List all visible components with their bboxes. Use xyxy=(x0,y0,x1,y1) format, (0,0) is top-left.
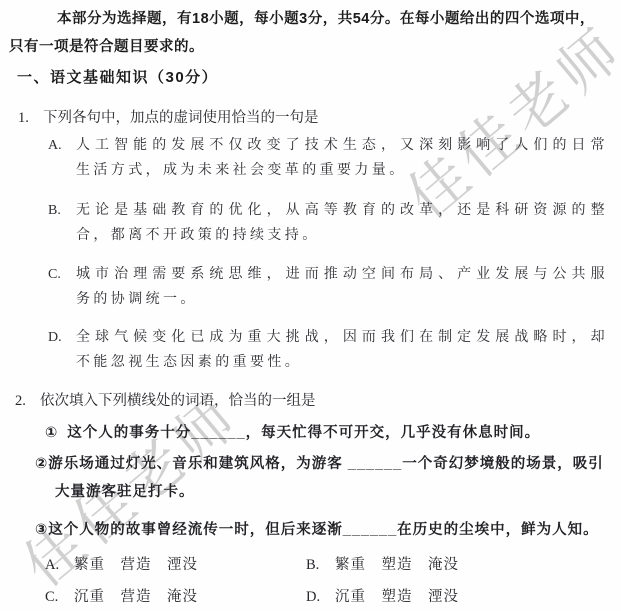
blank-2-marker: ② xyxy=(35,456,48,472)
question-1-option-b: B. 无论是基础教育的优化，从高等教育的改革，还是科研资源的整 合，都离不开政策… xyxy=(48,198,608,248)
blank-1-marker: ① xyxy=(45,425,58,441)
question-2-stem: 2.依次填入下列横线处的词语，恰当的一组是 xyxy=(15,389,316,410)
blank-3-marker: ③ xyxy=(35,522,48,538)
instructions-line-2: 只有一项是符合题目要求的。 xyxy=(9,35,204,56)
option-a-line-2: 生活方式，成为未来社会变革的重要力量。 xyxy=(76,158,608,183)
option-b-text: 无论是基础教育的优化，从高等教育的改革，还是科研资源的整 合，都离不开政策的持续… xyxy=(76,198,608,248)
choice-d-words: 沉重 塑造 湮没 xyxy=(335,589,459,605)
question-2-blank-2: ②游乐场通过灯光、音乐和建筑风格，为游客 ______一个奇幻梦境般的场景，吸引… xyxy=(35,450,604,506)
option-c-label: C. xyxy=(48,262,61,287)
option-d-line-1: 全球气候变化已成为重大挑战，因而我们在制定发展战略时，却 xyxy=(76,325,608,350)
choice-a-label: A. xyxy=(45,557,74,574)
question-2-choice-d: D.沉重 塑造 湮没 xyxy=(306,585,459,606)
choice-d-label: D. xyxy=(306,589,335,606)
question-2-choice-c: C.沉重 营造 淹没 xyxy=(45,585,198,606)
question-1-text: 下列各句中，加点的虚词使用恰当的一句是 xyxy=(43,110,319,126)
question-1-number: 1. xyxy=(18,110,43,127)
question-1-stem: 1.下列各句中，加点的虚词使用恰当的一句是 xyxy=(18,106,319,127)
option-b-label: B. xyxy=(48,198,61,223)
option-a-text: 人工智能的发展不仅改变了技术生态，又深刻影响了人们的日常 生活方式，成为未来社会… xyxy=(76,133,608,183)
question-2-blank-3: ③这个人物的故事曾经流传一时，但后来逐渐______在历史的尘埃中，鲜为人知。 xyxy=(35,518,599,539)
option-c-text: 城市治理需要系统思维，进而推动空间布局、产业发展与公共服 务的协调统一。 xyxy=(76,262,608,312)
option-c-line-2: 务的协调统一。 xyxy=(76,287,608,312)
question-2-number: 2. xyxy=(15,393,40,410)
blank-3-text: 这个人物的故事曾经流传一时，但后来逐渐______在历史的尘埃中，鲜为人知。 xyxy=(48,522,598,538)
choice-c-label: C. xyxy=(45,589,74,606)
question-2-choice-a: A.繁重 营造 湮没 xyxy=(45,553,198,574)
section-heading: 一、语文基础知识（30分） xyxy=(17,66,218,87)
option-d-line-2: 不能忽视生态因素的重要性。 xyxy=(76,350,608,375)
blank-2-line-2: 大量游客驻足打卡。 xyxy=(55,478,604,506)
question-1-option-a: A. 人工智能的发展不仅改变了技术生态，又深刻影响了人们的日常 生活方式，成为未… xyxy=(48,133,608,183)
choice-a-words: 繁重 营造 湮没 xyxy=(74,557,198,573)
exam-document-page: 佳佳老师 佳佳老师 本部分为选择题，有18小题，每小题3分，共54分。在每小题给… xyxy=(0,0,621,611)
option-c-line-1: 城市治理需要系统思维，进而推动空间布局、产业发展与公共服 xyxy=(76,262,608,287)
option-d-label: D. xyxy=(48,325,62,350)
blank-2-text: 游乐场通过灯光、音乐和建筑风格，为游客 ______一个奇幻梦境般的场景，吸引 xyxy=(48,456,603,472)
choice-c-words: 沉重 营造 淹没 xyxy=(74,589,198,605)
question-1-option-c: C. 城市治理需要系统思维，进而推动空间布局、产业发展与公共服 务的协调统一。 xyxy=(48,262,608,312)
question-2-blank-1: ①这个人的事务十分______，每天忙得不可开交，几乎没有休息时间。 xyxy=(45,421,540,442)
question-2-choice-b: B.繁重 塑造 淹没 xyxy=(306,553,459,574)
choice-b-label: B. xyxy=(306,557,335,574)
question-2-text: 依次填入下列横线处的词语，恰当的一组是 xyxy=(40,393,316,409)
option-b-line-2: 合，都离不开政策的持续支持。 xyxy=(76,223,608,248)
option-a-line-1: 人工智能的发展不仅改变了技术生态，又深刻影响了人们的日常 xyxy=(76,133,608,158)
option-a-label: A. xyxy=(48,133,62,158)
option-b-line-1: 无论是基础教育的优化，从高等教育的改革，还是科研资源的整 xyxy=(76,198,608,223)
choice-b-words: 繁重 塑造 淹没 xyxy=(335,557,459,573)
option-d-text: 全球气候变化已成为重大挑战，因而我们在制定发展战略时，却 不能忽视生态因素的重要… xyxy=(76,325,608,375)
question-1-option-d: D. 全球气候变化已成为重大挑战，因而我们在制定发展战略时，却 不能忽视生态因素… xyxy=(48,325,608,375)
blank-2-line-1: ②游乐场通过灯光、音乐和建筑风格，为游客 ______一个奇幻梦境般的场景，吸引 xyxy=(35,450,604,478)
blank-1-text: 这个人的事务十分______，每天忙得不可开交，几乎没有休息时间。 xyxy=(67,425,540,441)
instructions-line-1: 本部分为选择题，有18小题，每小题3分，共54分。在每小题给出的四个选项中， xyxy=(57,7,595,28)
